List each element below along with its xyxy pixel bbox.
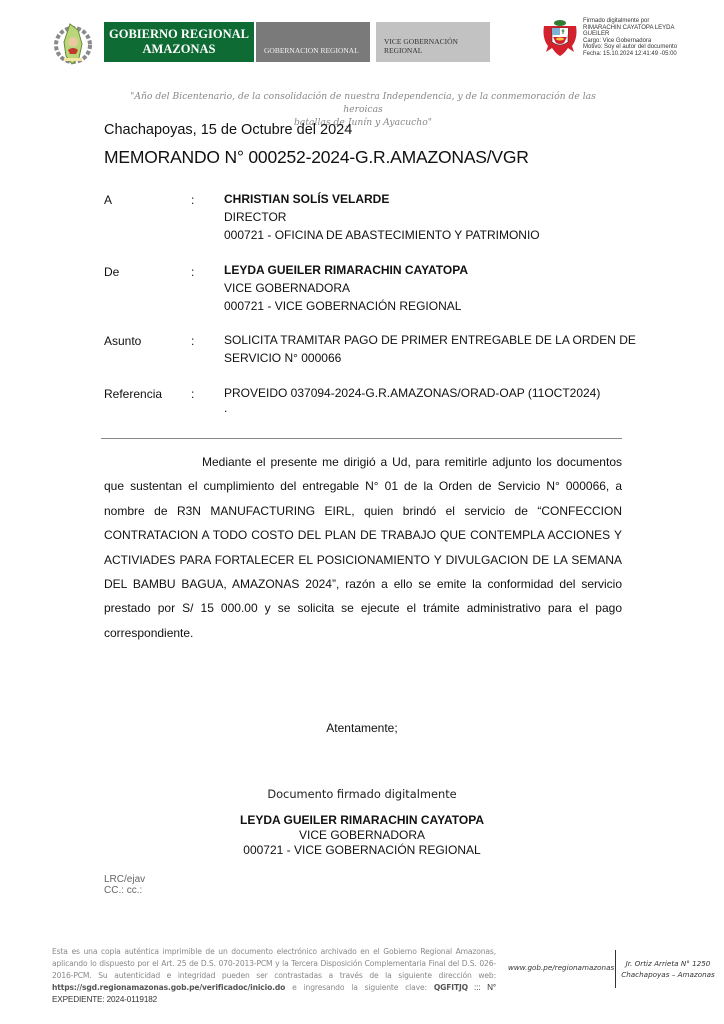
closing: Atentamente; — [0, 721, 724, 735]
reference-line: . — [224, 402, 600, 414]
reference-colon: : — [191, 387, 194, 401]
from-colon: : — [191, 265, 194, 279]
verify-link[interactable]: https://sgd.regionamazonas.gob.pe/verifi… — [52, 983, 285, 992]
address-line: Chachapoyas – Amazonas — [620, 969, 716, 980]
org-name-line1: GOBIERNO REGIONAL — [104, 27, 254, 42]
vice-line2: REGIONAL — [384, 46, 490, 55]
subject-line: SERVICIO N° 000066 — [224, 349, 636, 367]
initials: LRC/ejav — [104, 874, 145, 885]
motto-line: "Año del Bicentenario, de la consolidaci… — [110, 90, 616, 116]
regional-emblem-icon — [52, 20, 94, 68]
reference-initials: LRC/ejav CC.: cc.: — [104, 874, 145, 896]
signer-role: VICE GOBERNADORA — [0, 828, 724, 843]
signer-office: 000721 - VICE GOBERNACIÓN REGIONAL — [0, 843, 724, 858]
memo-body: Mediante el presente me dirigió a Ud, pa… — [104, 450, 622, 645]
address-line: Jr. Ortiz Arrieta N° 1250 — [620, 958, 716, 969]
subject-value: SOLICITA TRAMITAR PAGO DE PRIMER ENTREGA… — [224, 331, 636, 367]
gobernacion-banner: GOBERNACION REGIONAL — [256, 22, 370, 62]
to-colon: : — [191, 193, 194, 207]
from-office: 000721 - VICE GOBERNACIÓN REGIONAL — [224, 297, 468, 315]
signer-block: LEYDA GUEILER RIMARACHIN CAYATOPA VICE G… — [0, 813, 724, 858]
signer-name: LEYDA GUEILER RIMARACHIN CAYATOPA — [0, 813, 724, 828]
footer-separator — [615, 950, 616, 988]
vice-line1: VICE GOBERNACIÓN — [384, 37, 490, 46]
from-label: De — [104, 265, 119, 279]
signature-line: Motivo: Soy el autor del documento — [583, 44, 713, 51]
subject-label: Asunto — [104, 334, 141, 348]
key-text: e ingresando la siguiente clave: — [292, 983, 427, 992]
signature-line: Cargo: Vice Gobernadora — [583, 38, 713, 45]
place-date: Chachapoyas, 15 de Octubre del 2024 — [104, 122, 352, 138]
from-value: LEYDA GUEILER RIMARACHIN CAYATOPA VICE G… — [224, 261, 468, 315]
memo-title: MEMORANDO N° 000252-2024-G.R.AMAZONAS/VG… — [104, 147, 529, 168]
from-role: VICE GOBERNADORA — [224, 279, 468, 297]
signature-line: RIMARACHIN CAYATOPA LEYDA — [583, 25, 713, 32]
signature-line: Firmado digitalmente por — [583, 18, 713, 25]
signature-line: Fecha: 15.10.2024 12:41:49 -05:00 — [583, 51, 713, 58]
reference-value: PROVEIDO 037094-2024-G.R.AMAZONAS/ORAD-O… — [224, 384, 600, 414]
cc-line: CC.: cc.: — [104, 885, 145, 896]
address: Jr. Ortiz Arrieta N° 1250 Chachapoyas – … — [620, 958, 716, 980]
vice-gobernacion-banner: VICE GOBERNACIÓN REGIONAL — [376, 22, 490, 62]
verification-key: QGFITJQ — [434, 983, 468, 992]
org-name-line2: AMAZONAS — [104, 42, 254, 57]
digital-signature-stamp: Firmado digitalmente por RIMARACHIN CAYA… — [583, 18, 713, 58]
note-text: Esta es una copia auténtica imprimible d… — [52, 947, 496, 980]
signed-digitally-note: Documento firmado digitalmente — [0, 787, 724, 801]
website-link[interactable]: www.gob.pe/regionamazonas — [508, 963, 614, 972]
to-label: A — [104, 193, 112, 207]
to-office: 000721 - OFICINA DE ABASTECIMIENTO Y PAT… — [224, 226, 540, 244]
subject-line: SOLICITA TRAMITAR PAGO DE PRIMER ENTREGA… — [224, 331, 636, 349]
org-name-banner: GOBIERNO REGIONAL AMAZONAS — [104, 22, 254, 62]
to-value: CHRISTIAN SOLÍS VELARDE DIRECTOR 000721 … — [224, 190, 540, 244]
authenticity-note: Esta es una copia auténtica imprimible d… — [52, 946, 496, 1006]
memo-body-text: Mediante el presente me dirigió a Ud, pa… — [104, 455, 622, 640]
reference-label: Referencia — [104, 387, 162, 401]
from-name: LEYDA GUEILER RIMARACHIN CAYATOPA — [224, 263, 468, 277]
reference-line: PROVEIDO 037094-2024-G.R.AMAZONAS/ORAD-O… — [224, 384, 600, 402]
to-name: CHRISTIAN SOLÍS VELARDE — [224, 192, 389, 206]
peru-coat-of-arms-icon — [542, 18, 578, 60]
header-divider — [101, 438, 622, 439]
signature-line: GUEILER — [583, 31, 713, 38]
subject-colon: : — [191, 334, 194, 348]
to-role: DIRECTOR — [224, 208, 540, 226]
